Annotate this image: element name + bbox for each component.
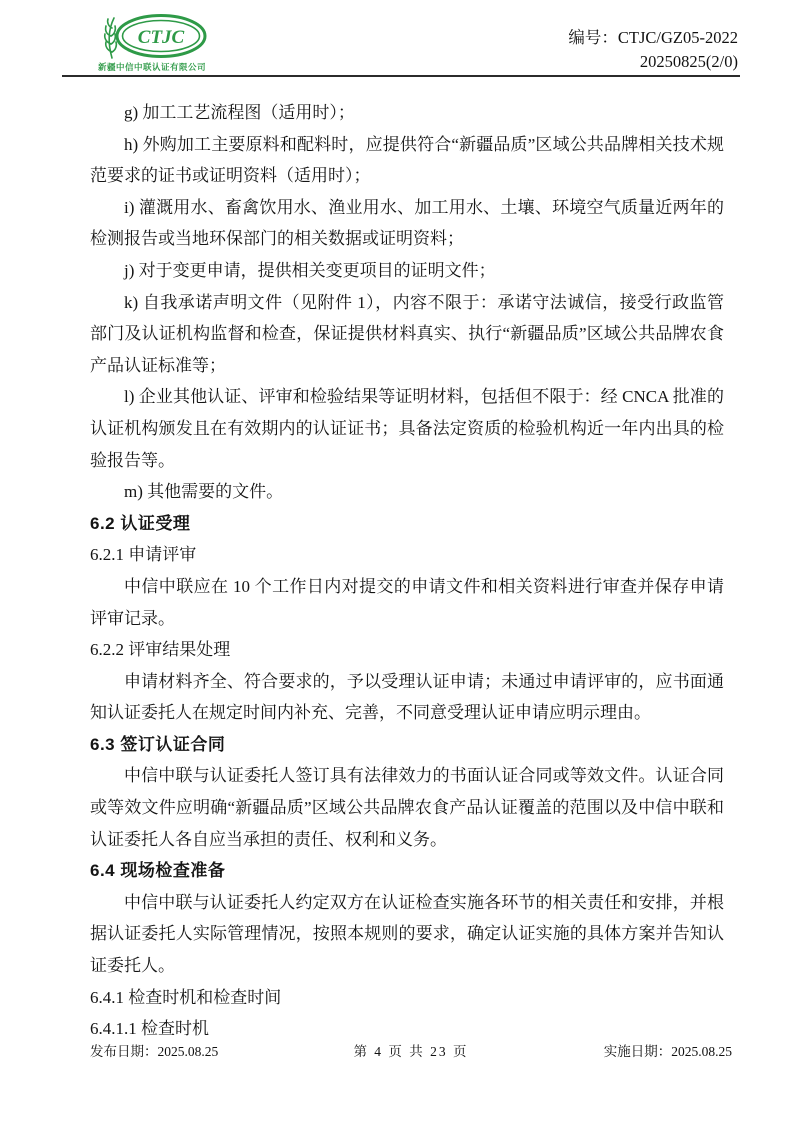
subsection-6-2-2: 6.2.2 评审结果处理	[90, 634, 724, 666]
section-heading-6-2: 6.2 认证受理	[90, 508, 724, 540]
paragraph-6-4: 中信中联与认证委托人约定双方在认证检查实施各环节的相关责任和安排，并根据认证委托…	[90, 887, 724, 982]
svg-text:CTJC: CTJC	[138, 27, 185, 48]
page-footer: 发布日期：2025.08.25 第 4 页 共 23 页 实施日期：2025.0…	[90, 1040, 732, 1062]
section-heading-6-3: 6.3 签订认证合同	[90, 729, 724, 761]
list-item-i: i) 灌溉用水、畜禽饮用水、渔业用水、加工用水、土壤、环境空气质量近两年的检测报…	[90, 192, 724, 255]
subsection-6-4-1: 6.4.1 检查时机和检查时间	[90, 982, 724, 1014]
company-logo: CTJC 新疆中信中联认证有限公司	[98, 14, 228, 73]
paragraph-6-2-1: 中信中联应在 10 个工作日内对提交的申请文件和相关资料进行审查并保存申请评审记…	[90, 571, 724, 634]
implementation-date: 实施日期：2025.08.25	[604, 1040, 732, 1060]
list-item-h: h) 外购加工主要原料和配料时，应提供符合“新疆品质”区域公共品牌相关技术规范要…	[90, 129, 724, 192]
list-item-l: l) 企业其他认证、评审和检验结果等证明材料，包括但不限于：经 CNCA 批准的…	[90, 381, 724, 476]
document-version: 20250825(2/0)	[568, 50, 738, 74]
header-divider	[62, 75, 740, 77]
list-item-m: m) 其他需要的文件。	[90, 476, 724, 508]
list-item-j: j) 对于变更申请，提供相关变更项目的证明文件；	[90, 255, 724, 287]
list-item-k: k) 自我承诺声明文件（见附件 1），内容不限于：承诺守法诚信，接受行政监管部门…	[90, 287, 724, 382]
ctjc-logo-icon: CTJC	[98, 14, 210, 60]
page-header: CTJC 新疆中信中联认证有限公司 编号：CTJC/GZ05-2022 2025…	[0, 0, 800, 78]
document-page: CTJC 新疆中信中联认证有限公司 编号：CTJC/GZ05-2022 2025…	[0, 0, 800, 1130]
subsection-6-2-1: 6.2.1 申请评审	[90, 539, 724, 571]
document-body: g) 加工工艺流程图（适用时）； h) 外购加工主要原料和配料时，应提供符合“新…	[90, 97, 724, 1045]
section-heading-6-4: 6.4 现场检查准备	[90, 855, 724, 887]
paragraph-6-3: 中信中联与认证委托人签订具有法律效力的书面认证合同或等效文件。认证合同或等效文件…	[90, 760, 724, 855]
company-name: 新疆中信中联认证有限公司	[98, 61, 228, 73]
paragraph-6-2-2: 申请材料齐全、符合要求的，予以受理认证申请；未通过申请评审的，应书面通知认证委托…	[90, 666, 724, 729]
document-number: 编号：CTJC/GZ05-2022	[568, 26, 738, 50]
list-item-g: g) 加工工艺流程图（适用时）；	[90, 97, 724, 129]
document-number-block: 编号：CTJC/GZ05-2022 20250825(2/0)	[568, 26, 738, 74]
